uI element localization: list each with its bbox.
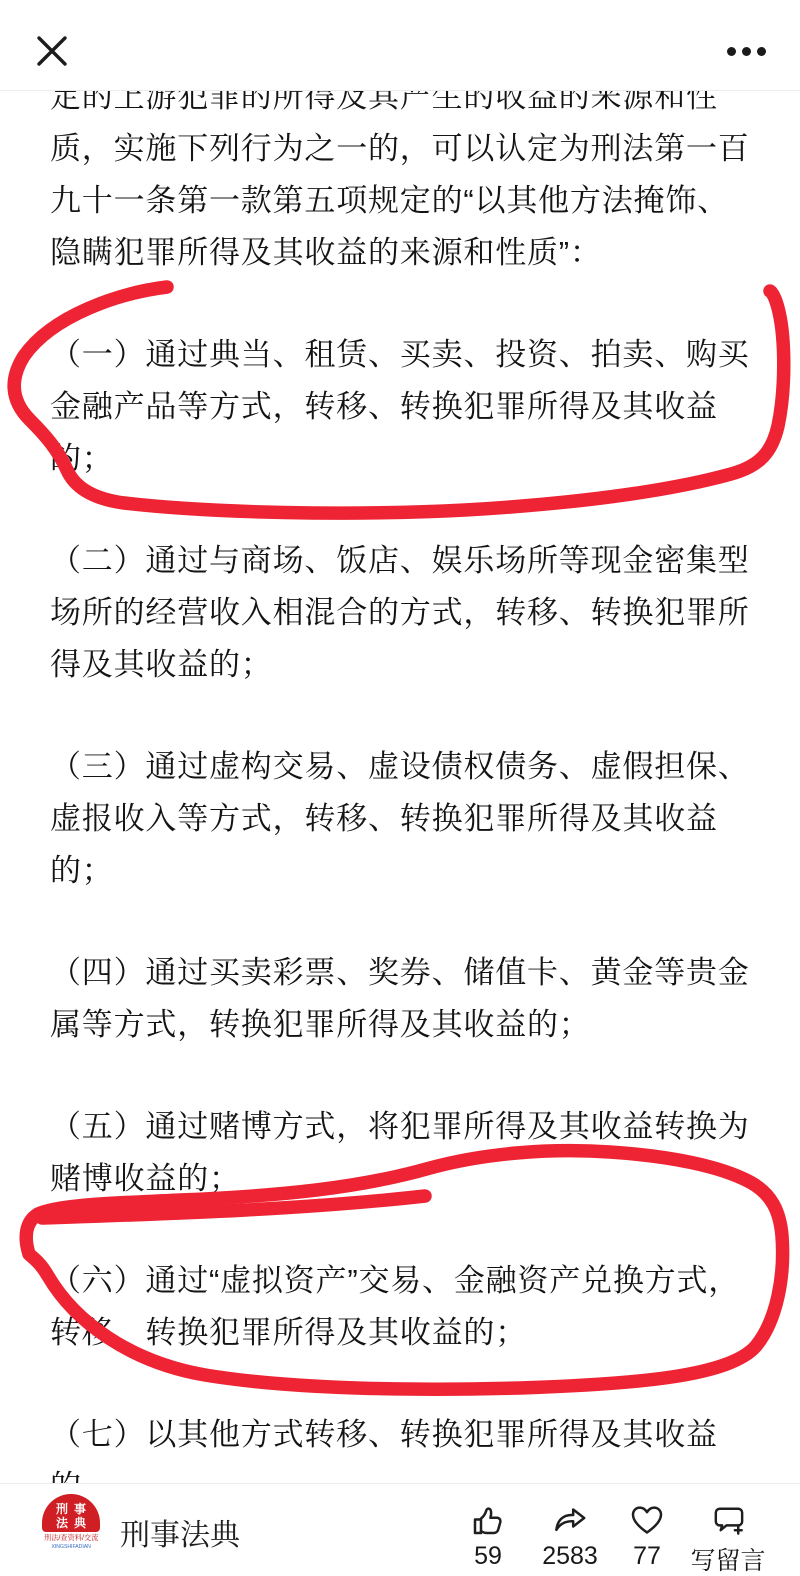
text-line: 场所的经营收入相混合的方式，转移、转换犯罪所: [50, 587, 756, 639]
text-line: （三）通过虚构交易、虚设债权债务、虚假担保、: [50, 741, 756, 793]
text-line: 属等方式，转换犯罪所得及其收益的；: [50, 999, 756, 1051]
account-logo: 刑事 法典 刑法/查资料/交流 XINGSHIFADIAN: [40, 1494, 102, 1551]
text-line: 金融产品等方式，转移、转换犯罪所得及其收益: [50, 381, 756, 433]
article-paragraph-item-1: （一）通过典当、租赁、买卖、投资、拍卖、购买 金融产品等方式，转移、转换犯罪所得…: [50, 329, 756, 485]
article-paragraph-item-3: （三）通过虚构交易、虚设债权债务、虚假担保、 虚报收入等方式，转移、转换犯罪所得…: [50, 741, 756, 897]
account-name: 刑事法典: [120, 1510, 240, 1554]
ellipsis-dot-icon: [727, 47, 736, 56]
text-line: 质，实施下列行为之一的，可以认定为刑法第一百: [50, 123, 756, 175]
heart-icon: [627, 1500, 667, 1540]
close-button[interactable]: [33, 32, 71, 70]
wechat-article-page: 定的上游犯罪的所得及其产生的收益的来源和性 质，实施下列行为之一的，可以认定为刑…: [0, 0, 800, 1576]
logo-text-row: 法典: [50, 1516, 92, 1530]
text-line: （一）通过典当、租赁、买卖、投资、拍卖、购买: [50, 329, 756, 381]
logo-pinyin-text: XINGSHIFADIAN: [51, 1544, 90, 1551]
account-logo-badge: 刑事 法典: [42, 1494, 100, 1532]
share-arrow-icon: [550, 1500, 590, 1540]
comment-bubble-icon: [708, 1500, 748, 1539]
text-line: （五）通过赌博方式，将犯罪所得及其收益转换为: [50, 1101, 756, 1153]
text-line: 九十一条第一款第五项规定的“以其他方法掩饰、: [50, 175, 756, 227]
ellipsis-dot-icon: [742, 47, 751, 56]
like-button[interactable]: 59: [468, 1484, 508, 1576]
text-line: 得及其收益的；: [50, 639, 756, 691]
share-button[interactable]: 2583: [542, 1484, 598, 1576]
share-count: 2583: [542, 1542, 598, 1571]
text-line: （四）通过买卖彩票、奖券、储值卡、黄金等贵金: [50, 947, 756, 999]
text-line: 赌博收益的；: [50, 1153, 756, 1205]
article-body: 定的上游犯罪的所得及其产生的收益的来源和性 质，实施下列行为之一的，可以认定为刑…: [50, 71, 756, 1563]
ellipsis-dot-icon: [757, 47, 766, 56]
bottom-action-bar: 刑事 法典 刑法/查资料/交流 XINGSHIFADIAN 刑事法典 59 25…: [0, 1483, 800, 1576]
text-line: （二）通过与商场、饭店、娱乐场所等现金密集型: [50, 535, 756, 587]
favorite-count: 77: [633, 1542, 661, 1571]
article-intro-paragraph: 定的上游犯罪的所得及其产生的收益的来源和性 质，实施下列行为之一的，可以认定为刑…: [50, 71, 756, 279]
comment-label: 写留言: [690, 1541, 765, 1576]
thumb-up-icon: [468, 1500, 508, 1540]
more-options-button[interactable]: [722, 36, 770, 66]
logo-subtext: 刑法/查资料/交流: [44, 1533, 98, 1543]
like-count: 59: [474, 1542, 502, 1571]
article-paragraph-item-4: （四）通过买卖彩票、奖券、储值卡、黄金等贵金 属等方式，转换犯罪所得及其收益的；: [50, 947, 756, 1051]
close-icon: [33, 32, 71, 70]
text-line: 的；: [50, 845, 756, 897]
text-line: （七）以其他方式转移、转换犯罪所得及其收益: [50, 1409, 756, 1461]
article-paragraph-item-2: （二）通过与商场、饭店、娱乐场所等现金密集型 场所的经营收入相混合的方式，转移、…: [50, 535, 756, 691]
logo-text-row: 刑事: [50, 1502, 92, 1516]
text-line: 虚报收入等方式，转移、转换犯罪所得及其收益: [50, 793, 756, 845]
article-paragraph-item-6: （六）通过“虚拟资产”交易、金融资产兑换方式， 转移、转换犯罪所得及其收益的；: [50, 1255, 756, 1359]
text-line: 转移、转换犯罪所得及其收益的；: [50, 1307, 756, 1359]
article-header-bar: [0, 0, 800, 91]
text-line: 隐瞒犯罪所得及其收益的来源和性质”：: [50, 227, 756, 279]
favorite-button[interactable]: 77: [627, 1484, 667, 1576]
article-paragraph-item-5: （五）通过赌博方式，将犯罪所得及其收益转换为 赌博收益的；: [50, 1101, 756, 1205]
text-line: （六）通过“虚拟资产”交易、金融资产兑换方式，: [50, 1255, 756, 1307]
comment-button[interactable]: 写留言: [690, 1484, 765, 1576]
account-entry[interactable]: 刑事 法典 刑法/查资料/交流 XINGSHIFADIAN 刑事法典: [40, 1494, 240, 1554]
text-line: 的；: [50, 433, 756, 485]
